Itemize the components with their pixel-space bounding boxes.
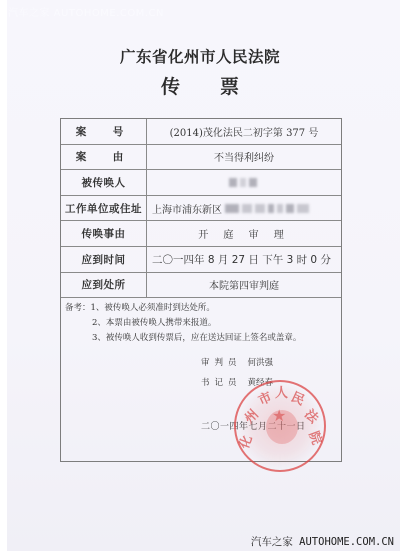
value-cause: 不当得利纠纷 bbox=[147, 145, 341, 170]
seal-char: 人 bbox=[275, 382, 288, 401]
judge-signature: 审判员何洪强 bbox=[201, 353, 273, 373]
redaction-block bbox=[240, 178, 246, 187]
label-cause: 案 由 bbox=[61, 145, 147, 170]
seal-char: 法 bbox=[301, 404, 324, 427]
value-summons-reason: 开 庭 审 理 bbox=[147, 221, 341, 246]
label-appearance-place: 应到处所 bbox=[61, 273, 147, 298]
top-watermark: 汽车之家 AUTOHOME.COM.CN bbox=[8, 4, 164, 19]
notes-section: 备考：1、被传唤人必须准时到达处所。 2、本票由被传唤人携带来报道。 3、被传唤… bbox=[65, 301, 339, 346]
value-appearance-time: 二〇一四年 8 月 27 日 下午 3 时 0 分 bbox=[147, 247, 341, 272]
document-title: 传票 bbox=[0, 72, 400, 99]
row-case-number: 案 号 (2014)茂化法民二初字第 377 号 bbox=[61, 119, 341, 145]
row-summoned-person: 被传唤人 bbox=[61, 170, 341, 196]
address-redacted bbox=[225, 203, 312, 214]
redaction-block bbox=[297, 204, 309, 213]
redaction-block bbox=[249, 178, 257, 187]
label-case-number: 案 号 bbox=[61, 119, 147, 144]
redaction-block bbox=[242, 204, 252, 213]
title-char-2: 票 bbox=[220, 72, 239, 99]
redaction-block bbox=[229, 178, 237, 187]
value-case-number: (2014)茂化法民二初字第 377 号 bbox=[147, 119, 341, 144]
redaction-block bbox=[277, 204, 283, 213]
value-appearance-place: 本院第四审判庭 bbox=[147, 273, 341, 298]
row-address: 工作单位或住址 上海市浦东新区 bbox=[61, 196, 341, 222]
court-seal: ★ 化 州 市 人 民 法 院 bbox=[234, 380, 326, 472]
note-3: 3、被传唤人收到传票后，应在送达回证上签名或盖章。 bbox=[65, 331, 339, 346]
note-2: 2、本票由被传唤人携带来报道。 bbox=[65, 316, 339, 331]
note-1: 备考：1、被传唤人必须准时到达处所。 bbox=[65, 301, 339, 316]
judge-role: 审判员 bbox=[201, 358, 242, 368]
footer-watermark: 汽车之家 AUTOHOME.COM.CN bbox=[251, 534, 394, 549]
row-appearance-place: 应到处所 本院第四审判庭 bbox=[61, 273, 341, 299]
value-summoned-person-redacted bbox=[147, 170, 341, 195]
redaction-block bbox=[225, 204, 239, 213]
court-name: 广东省化州市人民法院 bbox=[0, 45, 400, 67]
judge-name: 何洪强 bbox=[248, 358, 274, 368]
label-address: 工作单位或住址 bbox=[61, 196, 147, 221]
row-appearance-time: 应到时间 二〇一四年 8 月 27 日 下午 3 时 0 分 bbox=[61, 247, 341, 273]
note-text: 1、被传唤人必须准时到达处所。 bbox=[91, 303, 215, 313]
row-cause: 案 由 不当得利纠纷 bbox=[61, 145, 341, 171]
address-text: 上海市浦东新区 bbox=[152, 201, 222, 216]
label-appearance-time: 应到时间 bbox=[61, 247, 147, 272]
label-summons-reason: 传唤事由 bbox=[61, 221, 147, 246]
redaction-block bbox=[255, 204, 265, 213]
star-icon: ★ bbox=[272, 406, 286, 425]
label-summoned-person: 被传唤人 bbox=[61, 170, 147, 195]
title-char-1: 传 bbox=[161, 72, 180, 99]
seal-char: 民 bbox=[289, 386, 309, 409]
seal-char: 州 bbox=[239, 404, 262, 427]
notes-prefix: 备考： bbox=[65, 303, 91, 313]
clerk-role: 书记员 bbox=[201, 378, 242, 388]
value-address: 上海市浦东新区 bbox=[147, 196, 341, 221]
redaction-block bbox=[286, 204, 294, 213]
redaction-block bbox=[268, 204, 274, 213]
row-summons-reason: 传唤事由 开 庭 审 理 bbox=[61, 221, 341, 247]
